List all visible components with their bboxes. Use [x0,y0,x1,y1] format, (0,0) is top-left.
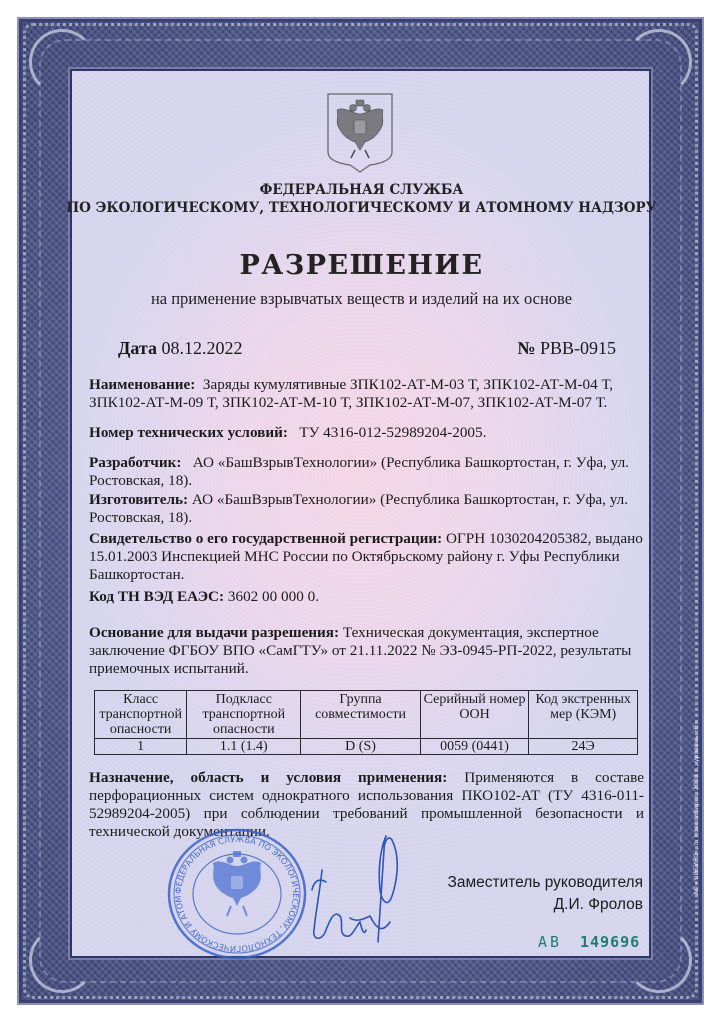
field-name: Наименование: Заряды кумулятивные ЗПК102… [89,376,644,412]
table-header-row: Класс транспортной опасности Подкласс тр… [95,691,638,739]
table-cell: 1 [95,739,187,755]
date-value: 08.12.2022 [161,338,242,358]
field-developer-label: Разработчик: [89,454,181,471]
field-tech-label: Номер технических условий: [89,424,288,441]
field-tech-value: ТУ 4316-012-52989204-2005. [299,424,486,441]
field-registration-label: Свидетельство о его государственной реги… [89,530,442,547]
field-basis: Основание для выдачи разрешения: Техниче… [89,624,644,678]
field-developer: Разработчик: АО «БашВзрывТехнологии» (Ре… [89,454,644,490]
document-title: РАЗРЕШЕНИЕ [0,250,723,281]
table-cell: D (S) [301,739,420,755]
field-purpose-label: Назначение, область и условия применения… [89,769,447,786]
field-tech-conditions: Номер технических условий: ТУ 4316-012-5… [89,424,644,442]
form-series: АВ [538,933,562,951]
printer-note: АО «СИБИРО», г. Новосибирск, 2008 г., ур… [693,721,700,895]
field-manufacturer-label: Изготовитель: [89,491,188,508]
hazard-classification-table: Класс транспортной опасности Подкласс тр… [94,690,638,755]
round-official-seal-icon: ФЕДЕРАЛЬНАЯ СЛУЖБА ПО ЭКОЛОГИЧЕСКОМУ, ТЕ… [165,826,309,962]
table-row: 1 1.1 (1.4) D (S) 0059 (0441) 24Э [95,739,638,755]
date-label: Дата [118,338,157,358]
field-manufacturer: Изготовитель: АО «БашВзрывТехнологии» (Р… [89,491,644,527]
table-header: Подкласс транспортной опасности [187,691,301,739]
agency-name-line1: ФЕДЕРАЛЬНАЯ СЛУЖБА [0,182,723,198]
signer-name: Д.И. Фролов [554,896,643,914]
field-tnved-label: Код ТН ВЭД ЕАЭС: [89,588,224,605]
table-header: Серийный номер ООН [420,691,529,739]
table-cell: 1.1 (1.4) [187,739,301,755]
russian-coat-of-arms-icon [325,92,395,174]
handwritten-signature [300,830,420,960]
field-tnved: Код ТН ВЭД ЕАЭС: 3602 00 000 0. [89,588,644,606]
field-name-label: Наименование: [89,376,195,393]
table-header: Группа совместимости [301,691,420,739]
number-label: № [517,338,535,358]
form-number: 149696 [580,933,640,951]
field-basis-label: Основание для выдачи разрешения: [89,624,339,641]
field-registration: Свидетельство о его государственной реги… [89,530,644,584]
number-value: РВВ-0915 [540,338,616,358]
document-subtitle: на применение взрывчатых веществ и издел… [0,289,723,309]
issue-date: Дата 08.12.2022 [118,338,242,359]
agency-name-line2: ПО ЭКОЛОГИЧЕСКОМУ, ТЕХНОЛОГИЧЕСКОМУ И АТ… [0,200,723,216]
table-cell: 0059 (0441) [420,739,529,755]
table-header: Код экстренных мер (КЭМ) [529,691,638,739]
permit-number: № РВВ-0915 [517,338,616,359]
table-cell: 24Э [529,739,638,755]
table-header: Класс транспортной опасности [95,691,187,739]
field-tnved-value: 3602 00 000 0. [228,588,319,605]
signer-position: Заместитель руководителя [447,874,643,892]
